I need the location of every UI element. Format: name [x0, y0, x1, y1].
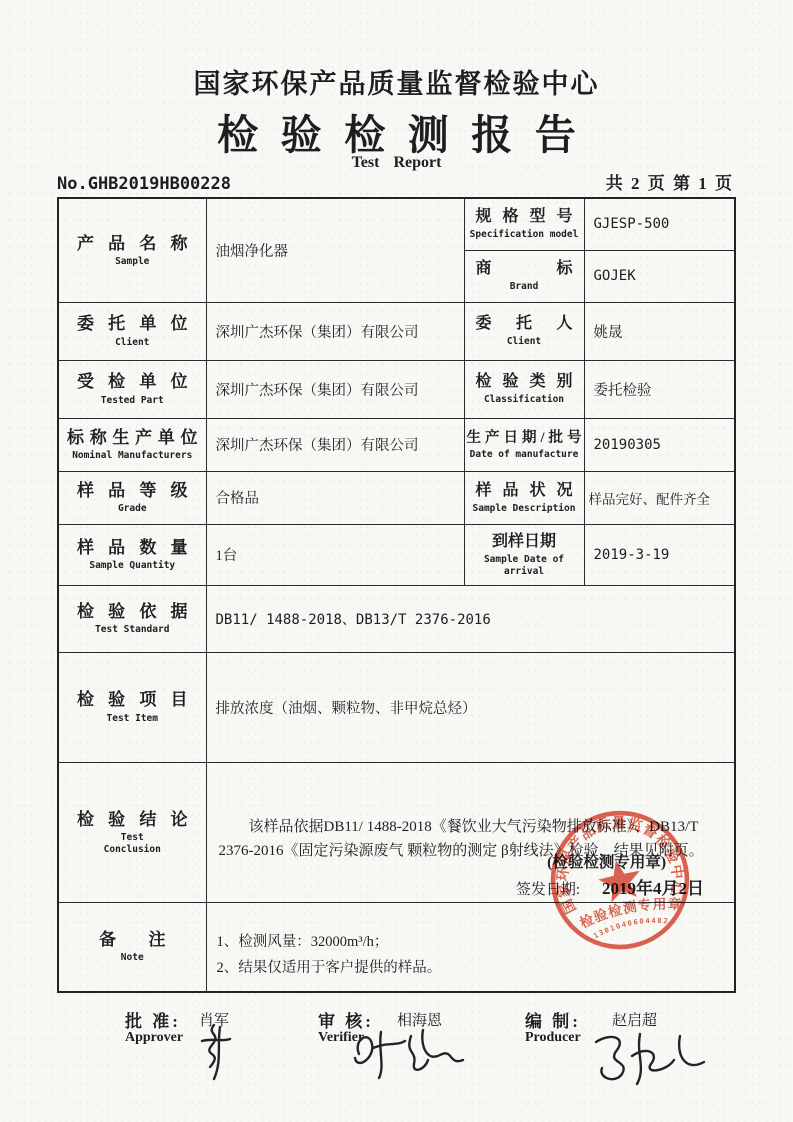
- sign-date-label: 签发日期:: [516, 882, 580, 898]
- meta-row: No.GHB2019HB00228 共 2 页 第 1 页: [57, 169, 734, 194]
- approver-signature-icon: [188, 1021, 244, 1085]
- manufacturer-label-cell: 标称生产单位 Nominal Manufacturers: [58, 418, 206, 471]
- item-value: 排放浓度（油烟、颗粒物、非甲烷总烃）: [206, 652, 735, 762]
- spec-label-en: Specification model: [465, 229, 584, 241]
- client-org-label: 委托单位: [59, 313, 206, 334]
- approver-name: 肖军: [199, 1009, 229, 1030]
- table-row: 检验项目 Test Item 排放浓度（油烟、颗粒物、非甲烷总烃）: [58, 652, 735, 762]
- item-label-en: Test Item: [59, 713, 206, 725]
- sample-label-en: Sample: [59, 256, 206, 268]
- tested-part-label-cell: 受检单位 Tested Part: [58, 360, 206, 418]
- arrival-value: 2019-3-19: [584, 524, 735, 585]
- approver-label: 批 准:: [125, 1007, 181, 1032]
- item-label: 检验项目: [59, 689, 206, 710]
- quantity-label-en: Sample Quantity: [59, 560, 206, 572]
- manufacture-date-value: 20190305: [584, 418, 735, 471]
- producer-signature-icon: [584, 1024, 716, 1096]
- table-row: 受检单位 Tested Part 深圳广杰环保（集团）有限公司 检验类别 Cla…: [58, 360, 735, 418]
- tested-part-label-en: Tested Part: [59, 395, 206, 407]
- grade-value: 合格品: [206, 471, 464, 524]
- classification-value: 委托检验: [584, 360, 735, 418]
- sign-date-line: 签发日期:2019年4月2日: [516, 874, 704, 899]
- grade-label-en: Grade: [59, 503, 206, 515]
- table-row: 委托单位 Client 深圳广杰环保（集团）有限公司 委托人 Client 姚晟: [58, 302, 735, 360]
- manufacture-date-label-cell: 生产日期/批号 Date of manufacture: [464, 418, 584, 471]
- grade-label: 样品等级: [59, 480, 206, 501]
- brand-label: 商标: [465, 259, 584, 279]
- sample-label-cell: 产品名称 Sample: [58, 198, 206, 302]
- sample-desc-value: 样品完好、配件齐全: [584, 471, 735, 524]
- sample-desc-label: 样品状况: [465, 481, 584, 501]
- tested-part-label: 受检单位: [59, 371, 206, 392]
- verifier-name: 相海恩: [397, 1009, 442, 1030]
- note-cell: 1、检测风量：32000m³/h； 2、结果仅适用于客户提供的样品。: [206, 902, 735, 992]
- manufacturer-label: 标称生产单位: [59, 427, 206, 448]
- table-row: 检验结论 Test Conclusion 该样品依据DB11/ 1488-201…: [58, 762, 735, 902]
- sample-value: 油烟净化器: [206, 198, 464, 302]
- spec-label: 规格型号: [465, 207, 584, 227]
- brand-label-cell: 商标 Brand: [464, 250, 584, 302]
- spec-label-cell: 规格型号 Specification model: [464, 198, 584, 250]
- sample-desc-label-cell: 样品状况 Sample Description: [464, 471, 584, 524]
- manufacturer-value: 深圳广杰环保（集团）有限公司: [206, 418, 464, 471]
- manufacturer-label-en: Nominal Manufacturers: [59, 450, 206, 462]
- seal-note: (检验检测专用章): [547, 850, 666, 872]
- table-row: 检验依据 Test Standard DB11/ 1488-2018、DB13/…: [58, 585, 735, 652]
- standard-value: DB11/ 1488-2018、DB13/T 2376-2016: [206, 585, 735, 652]
- note-label: 备注: [59, 929, 206, 950]
- conclusion-label: 检验结论: [59, 809, 206, 830]
- quantity-label: 样品数量: [59, 537, 206, 558]
- sample-desc-label-en: Sample Description: [465, 503, 584, 515]
- standard-label-en: Test Standard: [59, 624, 206, 636]
- arrival-label-cell: 到样日期 Sample Date of arrival: [464, 524, 584, 585]
- manufacture-date-label-en: Date of manufacture: [465, 449, 584, 461]
- table-row: 样品等级 Grade 合格品 样品状况 Sample Description 样…: [58, 471, 735, 524]
- table-row: 产品名称 Sample 油烟净化器 规格型号 Specification mod…: [58, 198, 735, 250]
- report-table: 产品名称 Sample 油烟净化器 规格型号 Specification mod…: [57, 197, 736, 993]
- quantity-value: 1台: [206, 524, 464, 585]
- page-count: 共 2 页 第 1 页: [606, 169, 734, 194]
- spec-value: GJESP-500: [584, 198, 735, 250]
- organization-title: 国家环保产品质量监督检验中心: [0, 62, 793, 101]
- report-number: No.GHB2019HB00228: [57, 174, 231, 194]
- client-org-label-cell: 委托单位 Client: [58, 302, 206, 360]
- producer-label: 编 制:: [525, 1007, 581, 1032]
- classification-label: 检验类别: [465, 372, 584, 392]
- verifier-label-en: Verifier: [318, 1030, 364, 1046]
- quantity-label-cell: 样品数量 Sample Quantity: [58, 524, 206, 585]
- client-org-value: 深圳广杰环保（集团）有限公司: [206, 302, 464, 360]
- classification-label-cell: 检验类别 Classification: [464, 360, 584, 418]
- note-label-cell: 备注 Note: [58, 902, 206, 992]
- client-person-label: 委托人: [465, 314, 584, 334]
- arrival-label: 到样日期: [465, 532, 584, 552]
- note-line-1: 1、检测风量：32000m³/h；: [217, 930, 727, 955]
- note-label-en: Note: [59, 952, 206, 964]
- client-org-label-en: Client: [59, 337, 206, 349]
- tested-part-value: 深圳广杰环保（集团）有限公司: [206, 360, 464, 418]
- verifier-signature-icon: [345, 1020, 471, 1086]
- manufacture-date-label: 生产日期/批号: [465, 429, 584, 447]
- brand-value: GOJEK: [584, 250, 735, 302]
- classification-label-en: Classification: [465, 394, 584, 406]
- report-title: 检验检测报告: [0, 102, 793, 161]
- item-label-cell: 检验项目 Test Item: [58, 652, 206, 762]
- conclusion-cell: 该样品依据DB11/ 1488-2018《餐饮业大气污染物排放标准》、DB13/…: [206, 762, 735, 902]
- conclusion-label-cell: 检验结论 Test Conclusion: [58, 762, 206, 902]
- conclusion-label-en: Test Conclusion: [96, 832, 168, 856]
- verifier-label: 审 核:: [318, 1007, 374, 1032]
- producer-name: 赵启超: [612, 1009, 657, 1030]
- sample-label: 产品名称: [59, 233, 206, 254]
- producer-label-en: Producer: [525, 1030, 581, 1046]
- client-person-label-en: Client: [465, 336, 584, 348]
- arrival-label-en: Sample Date of arrival: [476, 554, 572, 578]
- table-row: 备注 Note 1、检测风量：32000m³/h； 2、结果仅适用于客户提供的样…: [58, 902, 735, 992]
- report-page: 国家环保产品质量监督检验中心 检验检测报告 Test Report No.GHB…: [0, 0, 793, 1122]
- client-person-value: 姚晟: [584, 302, 735, 360]
- standard-label-cell: 检验依据 Test Standard: [58, 585, 206, 652]
- table-row: 样品数量 Sample Quantity 1台 到样日期 Sample Date…: [58, 524, 735, 585]
- grade-label-cell: 样品等级 Grade: [58, 471, 206, 524]
- approver-label-en: Approver: [125, 1030, 183, 1046]
- client-person-label-cell: 委托人 Client: [464, 302, 584, 360]
- sign-date-value: 2019年4月2日: [602, 879, 704, 898]
- note-line-2: 2、结果仅适用于客户提供的样品。: [217, 956, 727, 981]
- standard-label: 检验依据: [59, 601, 206, 622]
- brand-label-en: Brand: [465, 281, 584, 293]
- table-row: 标称生产单位 Nominal Manufacturers 深圳广杰环保（集团）有…: [58, 418, 735, 471]
